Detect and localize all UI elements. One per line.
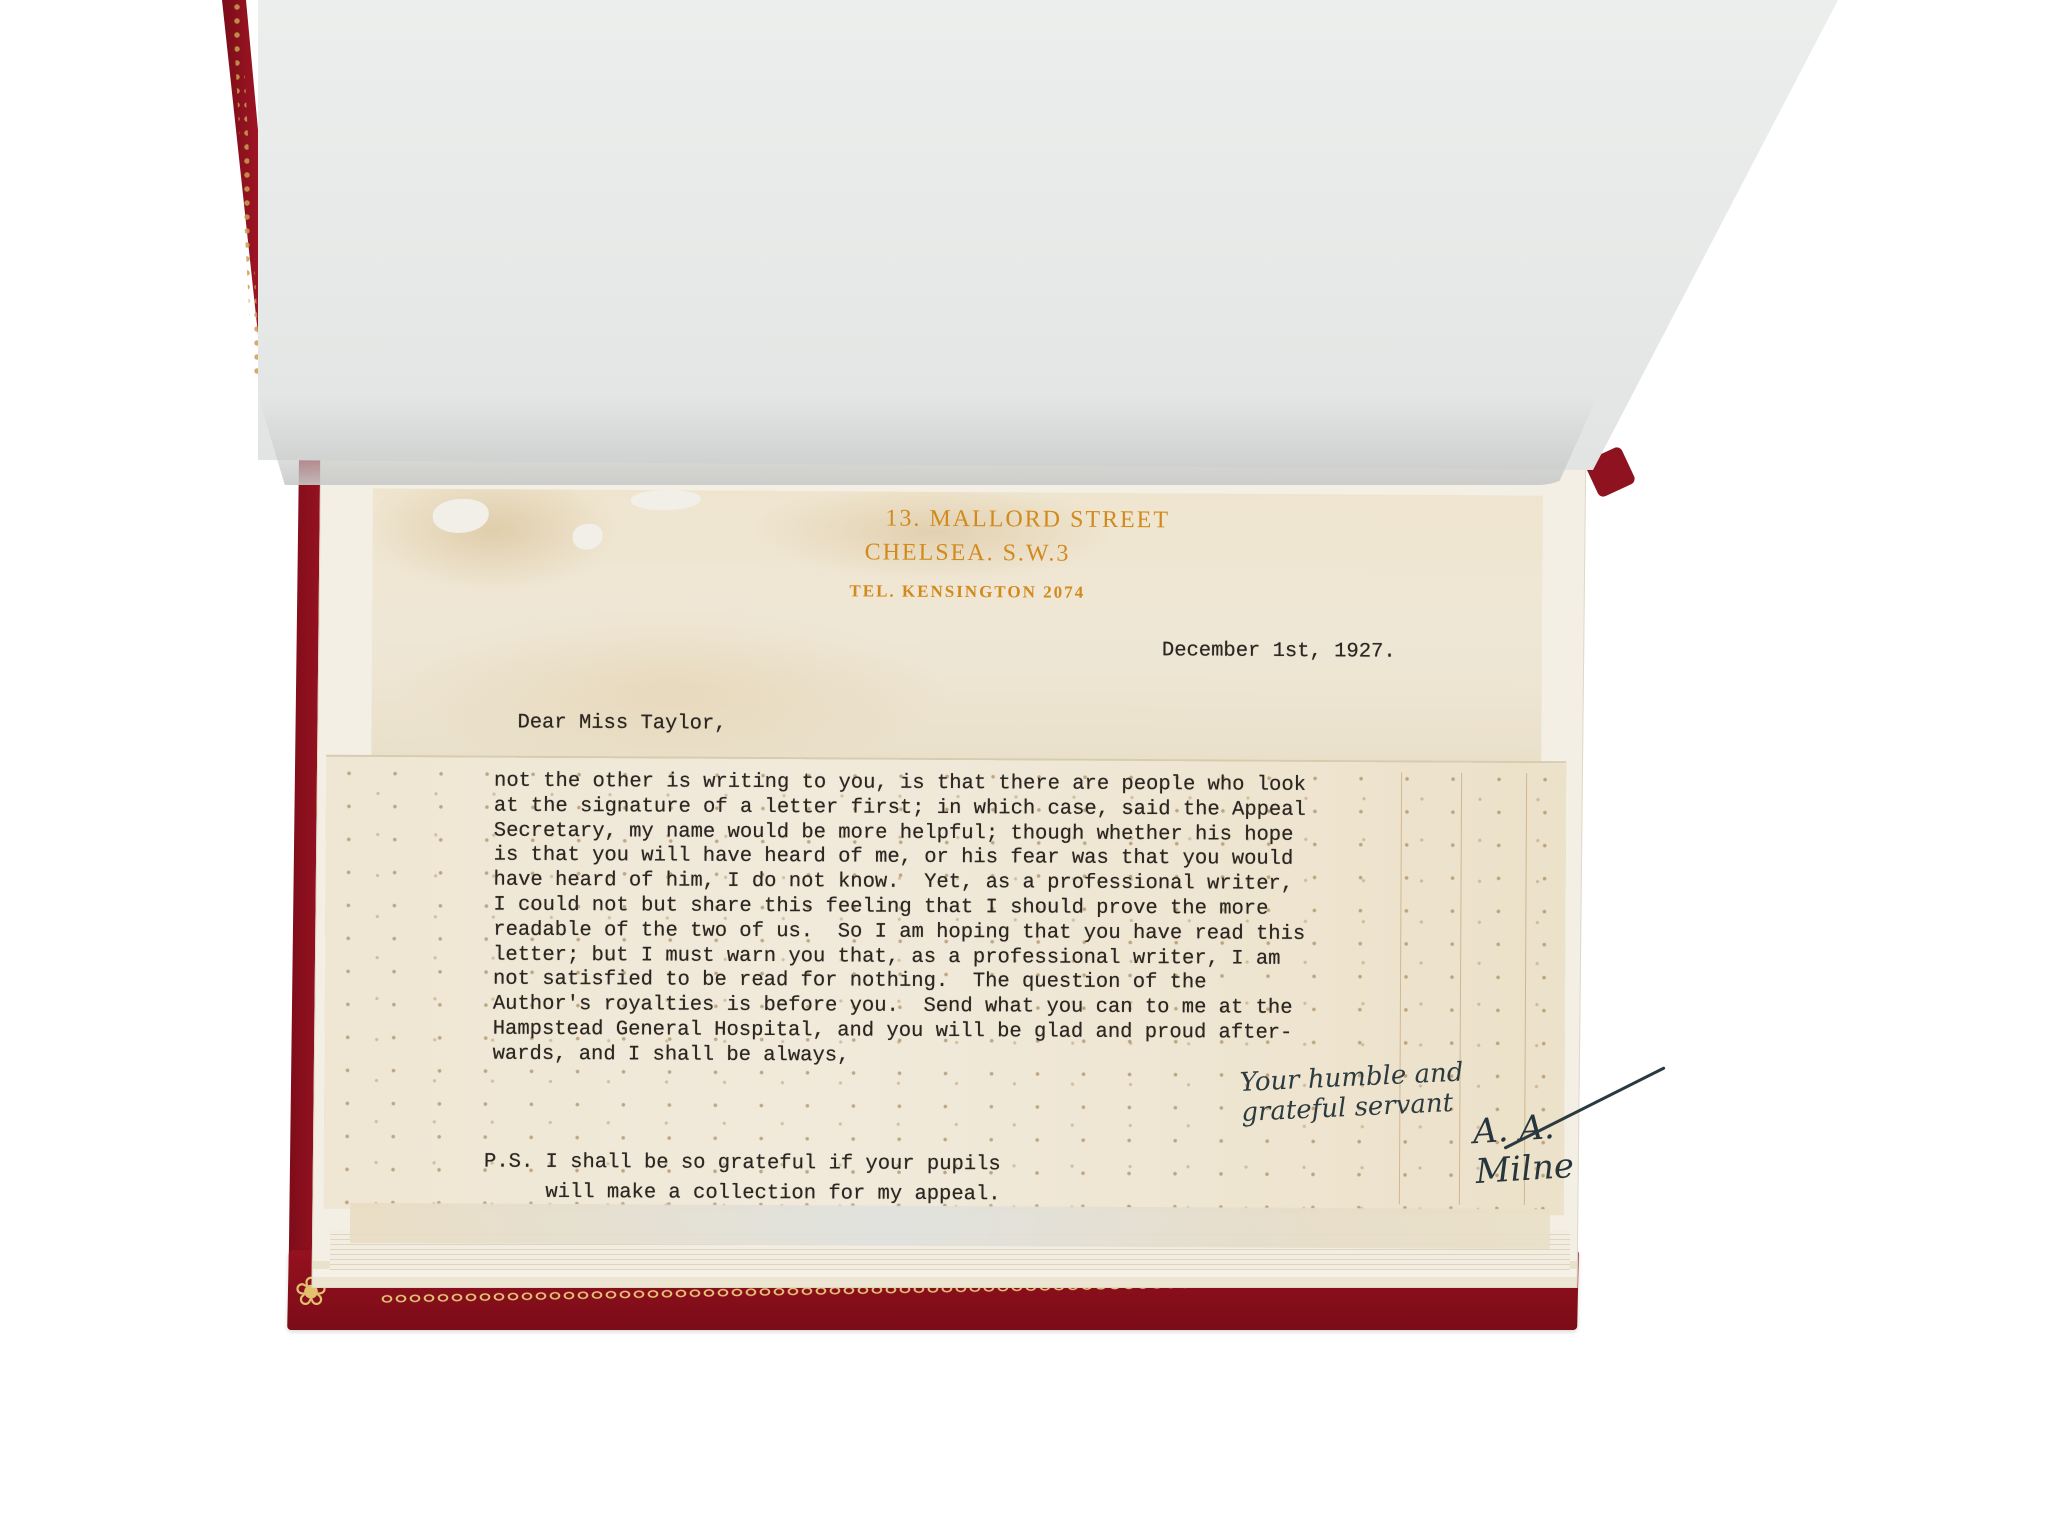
letter-salutation: Dear Miss Taylor, bbox=[517, 711, 726, 735]
letter-lower-sheet: not the other is writing to you, is that… bbox=[324, 757, 1566, 1215]
paper-damage bbox=[433, 499, 489, 533]
letter-upper-sheet: 13. MALLORD STREET CHELSEA. S.W.3 TEL. K… bbox=[371, 488, 1543, 785]
paper-fold-line bbox=[1399, 772, 1402, 1204]
letterhead-address-line-2: CHELSEA. S.W.3 bbox=[392, 537, 1542, 571]
letter-body: not the other is writing to you, is that… bbox=[493, 770, 1306, 1072]
letterhead-address-line-1: 13. MALLORD STREET bbox=[513, 503, 1543, 536]
letter-date: December 1st, 1927. bbox=[1162, 639, 1396, 663]
tissue-leaf-curl bbox=[258, 395, 1598, 485]
letter-postscript: P.S. I shall be so grateful if your pupi… bbox=[484, 1148, 1001, 1211]
letterhead-telephone: TEL. KENSINGTON 2074 bbox=[392, 579, 1542, 606]
underlying-sheet-edge bbox=[350, 1203, 1550, 1249]
photo-scene: ❀ ❀ 13. MALLORD STREET CHELSEA. S.W.3 TE… bbox=[0, 0, 2048, 1536]
paper-fold-line bbox=[1459, 773, 1462, 1205]
